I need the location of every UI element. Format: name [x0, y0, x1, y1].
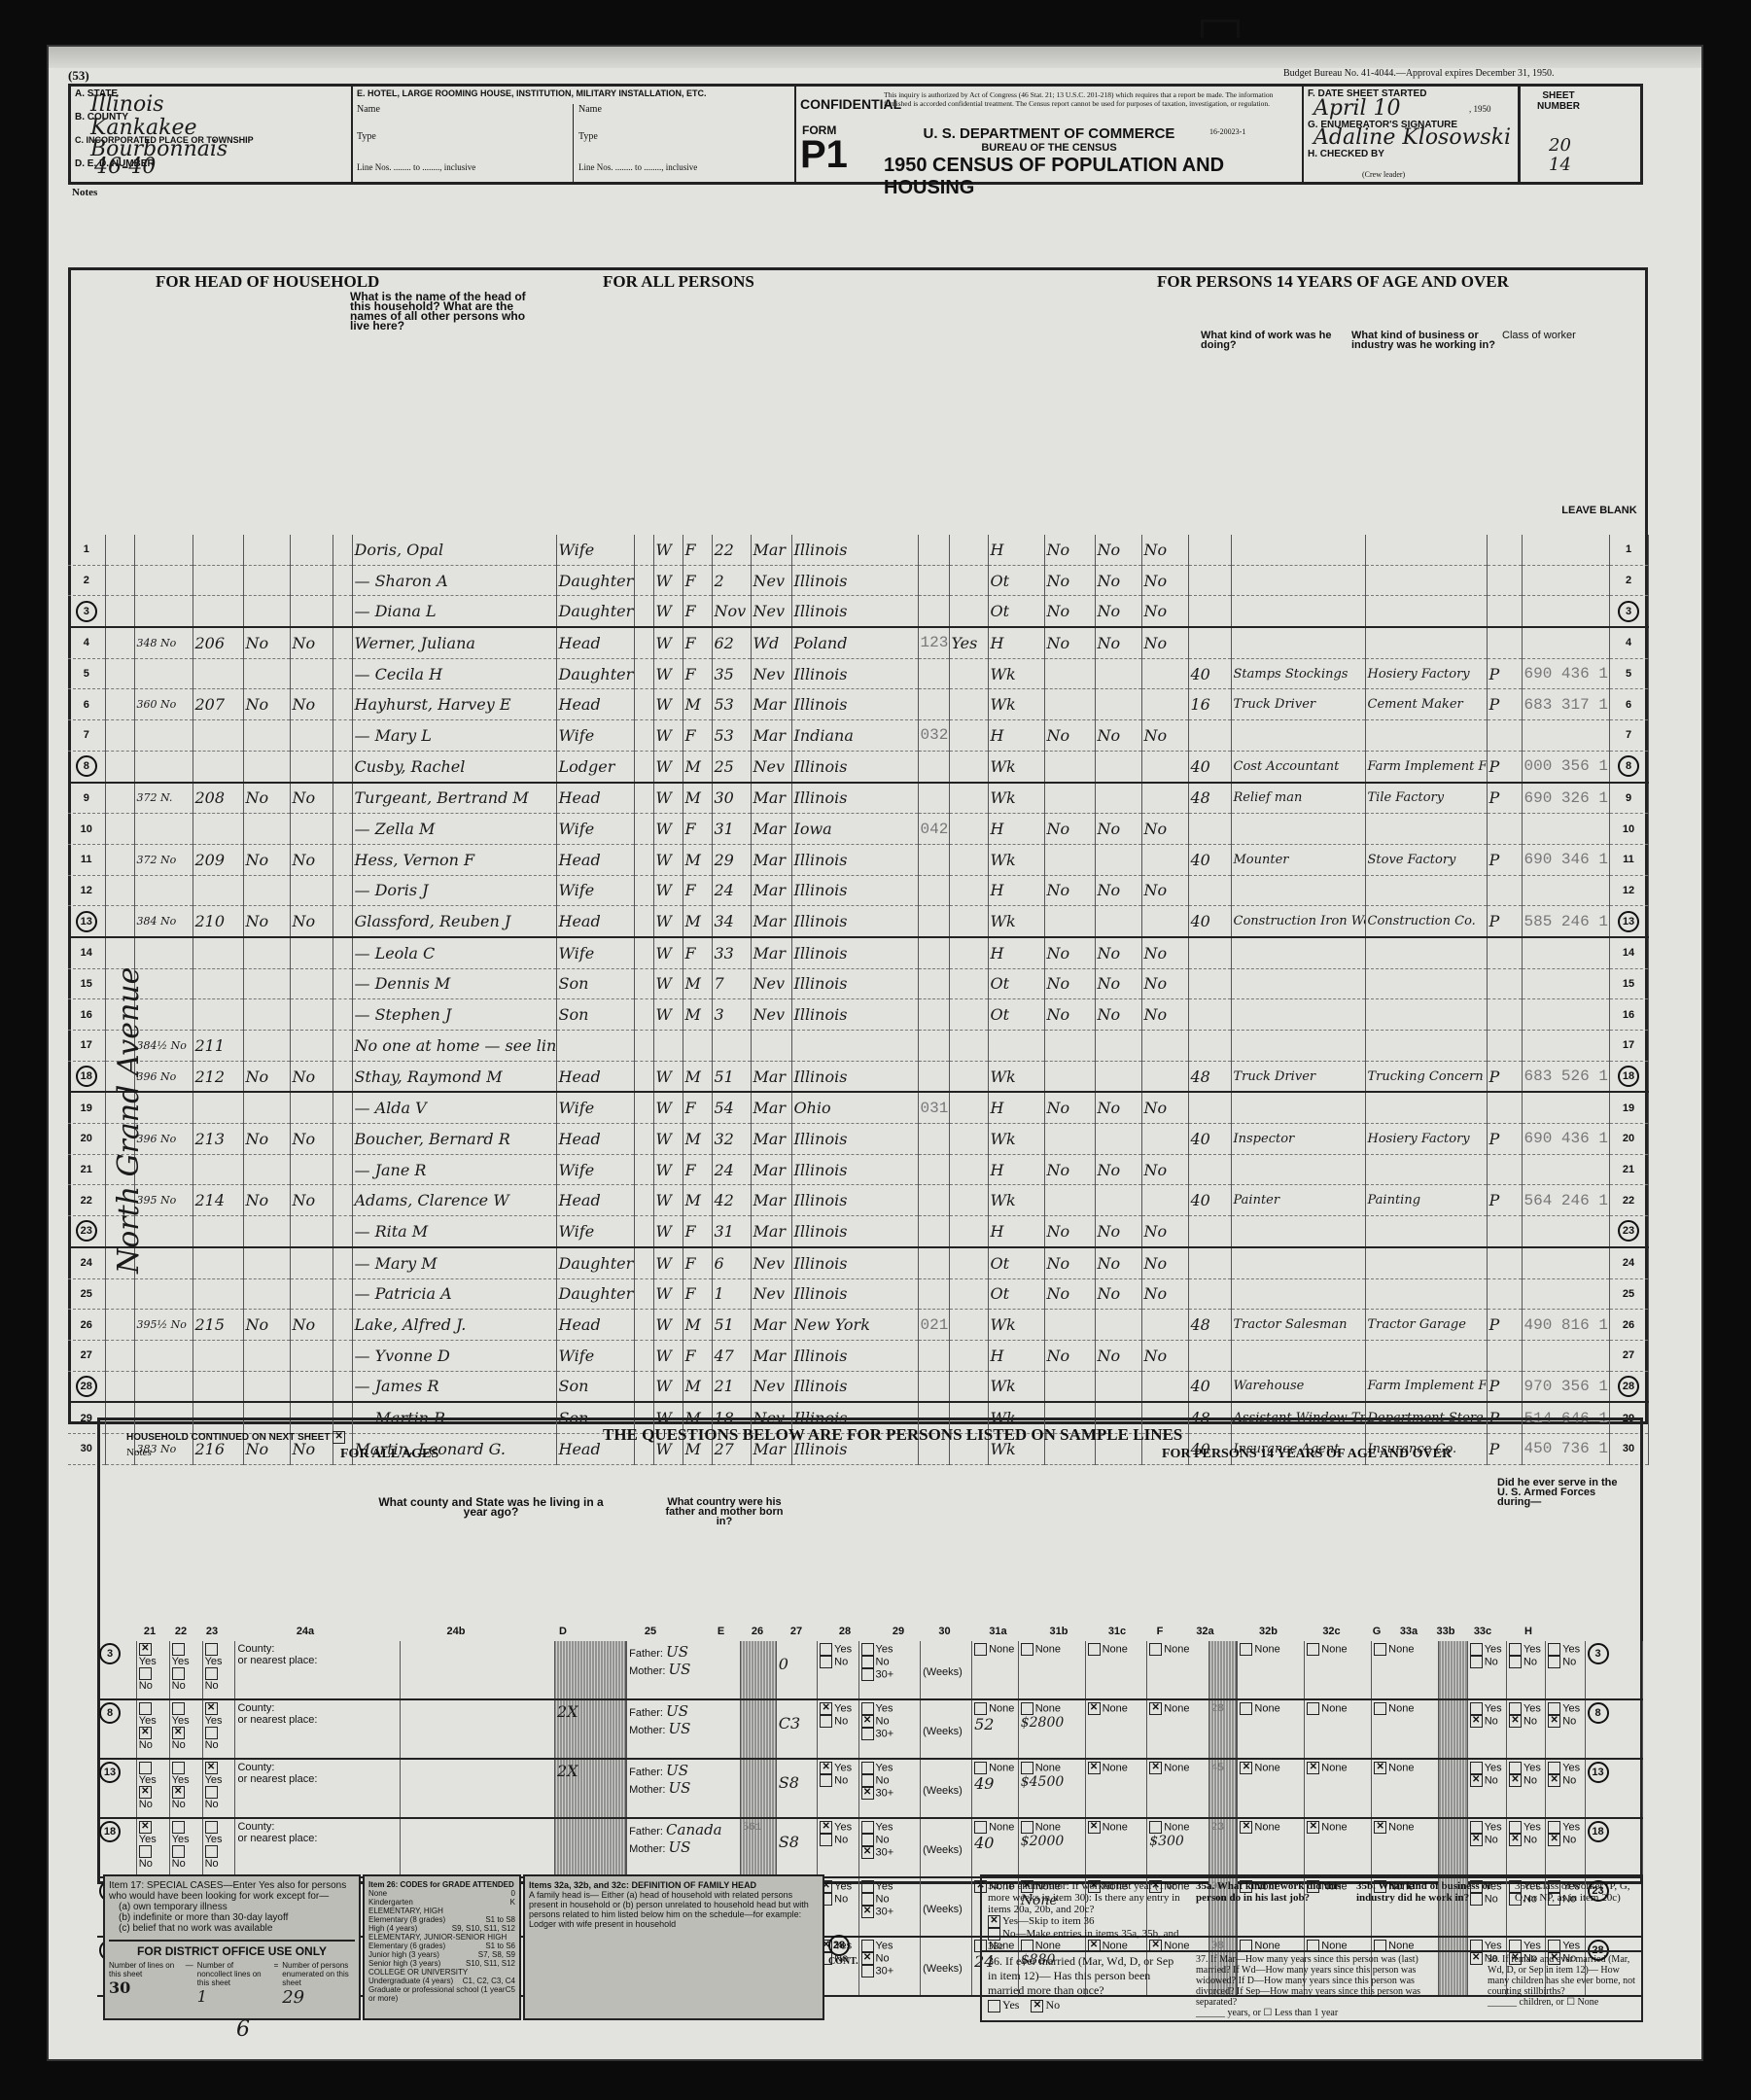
occupation-question: What kind of work was he doing? — [1201, 331, 1347, 350]
cell-c17: No — [1095, 1278, 1141, 1310]
q30-none[interactable] — [974, 1821, 987, 1834]
q34-no-checkbox[interactable] — [988, 1928, 1000, 1941]
q33b-yes[interactable] — [1509, 1643, 1522, 1656]
blank-cell — [634, 689, 653, 720]
q27-yes[interactable] — [820, 1643, 832, 1656]
mother-birthplace: US — [668, 1661, 690, 1678]
line-number-right: 25 — [1609, 1278, 1648, 1310]
cell-occ: Truck Driver — [1231, 1061, 1365, 1092]
q23-no[interactable] — [205, 1727, 218, 1739]
cell-c17 — [1095, 1061, 1141, 1092]
enumerated-value: 29 — [282, 1987, 355, 2008]
cell-c17 — [1095, 1124, 1141, 1155]
cell-sex: M — [683, 689, 712, 720]
q38: 38. If female and ever married (Mar, Wd,… — [1488, 1954, 1638, 2008]
blank-cell — [333, 596, 352, 627]
minus-sign: — — [186, 1961, 193, 2008]
sample-persons-14: FOR PERSONS 14 YEARS OF AGE AND OVER — [1162, 1447, 1452, 1462]
cell-nat — [949, 1031, 988, 1062]
cell-birth: Illinois — [791, 1247, 918, 1278]
sample-cell: ✕None — [1305, 1818, 1372, 1877]
q27-yes[interactable]: ✕ — [820, 1821, 832, 1834]
father-label: Father: — [629, 1648, 663, 1660]
cell-ind: Hosiery Factory — [1365, 1124, 1487, 1155]
q22-no[interactable]: ✕ — [172, 1786, 185, 1799]
q33c-no[interactable] — [1548, 1656, 1560, 1668]
cell-sex: F — [683, 535, 712, 565]
sample-col-number: 32b — [1237, 1626, 1300, 1637]
cell-name: Werner, Juliana — [352, 627, 556, 658]
q33a-yes[interactable] — [1470, 1643, 1483, 1656]
q34-no[interactable]: No—Make entries in items 35a, 35b, and 3… — [988, 1928, 1182, 1952]
q31a-none[interactable] — [1021, 1821, 1033, 1834]
cell-acres — [290, 968, 333, 999]
q32c-none[interactable] — [1374, 1702, 1386, 1715]
sample-cell — [401, 1641, 555, 1699]
cell-birth: Illinois — [791, 1061, 918, 1092]
cell-age: 42 — [712, 1185, 751, 1216]
cell-code — [1522, 1247, 1609, 1278]
q22-yes[interactable] — [172, 1821, 185, 1834]
q31b-none[interactable]: ✕ — [1088, 1702, 1101, 1715]
cell-c16: No — [1044, 565, 1095, 596]
table-row: 21— Jane RWifeWF24MarIllinoisHNoNoNo21 — [68, 1154, 1648, 1185]
q33c-yes[interactable] — [1548, 1821, 1560, 1834]
cell-race: W — [653, 720, 683, 752]
cell-rel: Head — [556, 844, 634, 875]
blank-cell — [634, 565, 653, 596]
cell-farm — [243, 751, 290, 782]
q33c-yes[interactable] — [1548, 1643, 1560, 1656]
cell-nat — [949, 751, 988, 782]
sample-cell: (Weeks) — [921, 1877, 972, 1937]
cell-mar: Mar — [751, 1185, 791, 1216]
cell-farm — [243, 565, 290, 596]
cell-farm: No — [243, 1185, 290, 1216]
q22-no[interactable] — [172, 1845, 185, 1858]
cell-race: W — [653, 1092, 683, 1123]
cell-birth: Illinois — [791, 999, 918, 1031]
q28-yes[interactable] — [861, 1643, 874, 1656]
q33b-no[interactable] — [1509, 1656, 1522, 1668]
q33a-yes[interactable] — [1470, 1702, 1483, 1715]
table-row: 1Doris, OpalWifeWF22MarIllinoisHNoNoNo1 — [68, 535, 1648, 565]
cell-hrs: 40 — [1188, 1185, 1231, 1216]
sample-cell — [554, 1818, 626, 1877]
cell-ind — [1365, 814, 1487, 845]
cell-nat — [949, 875, 988, 906]
cell-b — [918, 535, 949, 565]
q27-no[interactable] — [820, 1656, 832, 1668]
cell-act: Ot — [988, 565, 1044, 596]
q28-no[interactable]: ✕ — [861, 1952, 874, 1965]
q31c-none[interactable] — [1149, 1821, 1162, 1834]
cell-age: 2 — [712, 565, 751, 596]
q32a-none[interactable] — [1240, 1702, 1252, 1715]
q33b-no[interactable]: ✕ — [1509, 1715, 1522, 1728]
q21-no[interactable] — [139, 1667, 152, 1680]
q33c-yes[interactable] — [1548, 1762, 1560, 1774]
cell-c16: No — [1044, 1154, 1095, 1185]
q33c-no[interactable]: ✕ — [1548, 1715, 1560, 1728]
blank-cell — [105, 1278, 134, 1310]
cell-act: Wk — [988, 751, 1044, 782]
lines-on-sheet: Number of lines on this sheet30 — [109, 1961, 182, 2008]
q27-no[interactable] — [820, 1774, 832, 1787]
line-number-right: 15 — [1609, 968, 1648, 999]
cell-code — [1522, 565, 1609, 596]
cell-name: Sthay, Raymond M — [352, 1061, 556, 1092]
cell-act: Wk — [988, 1061, 1044, 1092]
cell-serial — [193, 1247, 243, 1278]
cell-code — [1522, 1031, 1609, 1062]
cell-cls — [1487, 720, 1522, 752]
q33a-no[interactable] — [1470, 1656, 1483, 1668]
q36-no-checkbox[interactable]: ✕ — [1031, 2000, 1043, 2012]
cell-code — [1522, 1340, 1609, 1371]
q28-yes[interactable] — [861, 1702, 874, 1715]
blank-cell — [333, 1278, 352, 1310]
sample-col-number: 26 — [738, 1626, 777, 1637]
q38-answer: ______ children, or ☐ None — [1488, 1997, 1638, 2008]
sample-cell — [1439, 1818, 1468, 1877]
cell-sex: F — [683, 1092, 712, 1123]
q36-yes-checkbox[interactable] — [988, 2000, 1000, 2012]
cell-act: Ot — [988, 968, 1044, 999]
cell-act: Wk — [988, 906, 1044, 937]
q23-yes[interactable]: ✕ — [205, 1702, 218, 1715]
cell-farm — [243, 999, 290, 1031]
q22-no[interactable]: ✕ — [172, 1727, 185, 1739]
blank-cell — [634, 783, 653, 814]
q28-yes[interactable] — [861, 1880, 874, 1893]
q30-none[interactable] — [974, 1643, 987, 1656]
line-number-right: 6 — [1609, 689, 1648, 720]
q22-yes[interactable] — [172, 1643, 185, 1656]
cell-code — [1522, 535, 1609, 565]
cell-mar: Mar — [751, 535, 791, 565]
q28-no[interactable]: ✕ — [861, 1715, 874, 1728]
cell-c16 — [1044, 658, 1095, 689]
q28-yes[interactable] — [861, 1940, 874, 1952]
q33a-yes[interactable] — [1470, 1821, 1483, 1834]
q37-text: 37. If Mar—How many years since this per… — [1196, 1954, 1439, 2008]
q33b-no[interactable]: ✕ — [1509, 1774, 1522, 1787]
cell-sex — [683, 1031, 712, 1062]
q21-yes[interactable] — [139, 1762, 152, 1774]
sample-col-number: 33b — [1427, 1626, 1464, 1637]
cell-birth: Illinois — [791, 906, 918, 937]
cell-rel: Head — [556, 1124, 634, 1155]
sample-col-number: G — [1363, 1626, 1390, 1637]
blank-cell — [634, 1092, 653, 1123]
q27-yes[interactable]: ✕ — [820, 1702, 832, 1715]
cell-b — [918, 1371, 949, 1402]
q27-no[interactable] — [820, 1834, 832, 1846]
sample-cell: ✕None — [1085, 1699, 1147, 1759]
q31a-none[interactable] — [1021, 1643, 1033, 1656]
q23-no[interactable] — [205, 1786, 218, 1799]
q23-yes[interactable] — [205, 1821, 218, 1834]
cell-age: 62 — [712, 627, 751, 658]
line-number: 1 — [68, 535, 105, 565]
q33a-no[interactable]: ✕ — [1470, 1774, 1483, 1787]
q22-yes[interactable] — [172, 1702, 185, 1715]
sample-cell: (Weeks) — [921, 1818, 972, 1877]
sample-line-marker: 18 — [1618, 1066, 1639, 1087]
mother-birthplace: US — [668, 1720, 690, 1737]
cell-c16 — [1044, 783, 1095, 814]
sample-cell: YesNo — [818, 1641, 858, 1699]
cell-farm — [243, 937, 290, 968]
q33c-no[interactable]: ✕ — [1548, 1834, 1560, 1846]
cell-house — [134, 937, 193, 968]
cell-act: Ot — [988, 596, 1044, 627]
cell-name: — Patricia A — [352, 1278, 556, 1310]
q31c-none[interactable]: ✕ — [1149, 1702, 1162, 1715]
q32b-none[interactable]: ✕ — [1307, 1821, 1319, 1834]
cell-age: 24 — [712, 875, 751, 906]
q32b-none[interactable] — [1307, 1643, 1319, 1656]
cell-birth: Illinois — [791, 844, 918, 875]
family-head-text: A family head is— Either (a) head of hou… — [529, 1890, 819, 1929]
cell-age: 33 — [712, 937, 751, 968]
q22-yes[interactable] — [172, 1762, 185, 1774]
q28-30-or-over[interactable] — [861, 1668, 874, 1681]
q32c-none[interactable]: ✕ — [1374, 1762, 1386, 1774]
q28-yes[interactable] — [861, 1762, 874, 1774]
cell-code: 585 246 1 — [1522, 906, 1609, 937]
q33b-yes[interactable] — [1509, 1762, 1522, 1774]
cell-sex: F — [683, 565, 712, 596]
cell-c16: No — [1044, 999, 1095, 1031]
q33a-no[interactable]: ✕ — [1470, 1715, 1483, 1728]
blank-cell — [634, 535, 653, 565]
cell-race: W — [653, 658, 683, 689]
q33b-no[interactable]: ✕ — [1509, 1834, 1522, 1846]
q28-30-or-over[interactable] — [861, 1965, 874, 1977]
cell-nat — [949, 720, 988, 752]
wages-income: $2000 — [1021, 1834, 1065, 1849]
table-row: 11372 No209NoNoHess, Vernon FHeadWM29Mar… — [68, 844, 1648, 875]
sheet-number-top: 20 — [1549, 135, 1571, 156]
cell-occ — [1231, 814, 1365, 845]
cell-c16: No — [1044, 1247, 1095, 1278]
q32c-none[interactable] — [1374, 1643, 1386, 1656]
line-number: 20 — [68, 1124, 105, 1155]
cell-sex: F — [683, 627, 712, 658]
q31a-none[interactable] — [1021, 1702, 1033, 1715]
cell-age: 51 — [712, 1061, 751, 1092]
cell-c16 — [1044, 844, 1095, 875]
sample-cell: None — [1372, 1641, 1439, 1699]
cell-sex: F — [683, 1340, 712, 1371]
cell-occ — [1231, 1216, 1365, 1247]
q21-yes[interactable] — [139, 1702, 152, 1715]
sample-cell: Yes✕No — [1506, 1759, 1545, 1818]
q30-none[interactable] — [974, 1762, 987, 1774]
q21-no[interactable] — [139, 1845, 152, 1858]
cell-sex: M — [683, 968, 712, 999]
q23-yes[interactable] — [205, 1643, 218, 1656]
cell-c18: No — [1141, 720, 1188, 752]
cell-nat — [949, 1278, 988, 1310]
q21-no[interactable]: ✕ — [139, 1786, 152, 1799]
q30-none[interactable] — [974, 1702, 987, 1715]
cell-farm: No — [243, 627, 290, 658]
table-row: 7— Mary LWifeWF53MarIndiana032HNoNoNo7 — [68, 720, 1648, 752]
q31b-none[interactable]: ✕ — [1088, 1762, 1101, 1774]
cell-code — [1522, 1154, 1609, 1185]
cell-serial — [193, 535, 243, 565]
q31a-none[interactable] — [1021, 1762, 1033, 1774]
cell-nat — [949, 1092, 988, 1123]
q28-30-or-over[interactable]: ✕ — [861, 1906, 874, 1918]
cell-name: — Alda V — [352, 1092, 556, 1123]
cell-farm: No — [243, 844, 290, 875]
q31b-none[interactable]: ✕ — [1088, 1821, 1101, 1834]
blank-cell — [634, 1185, 653, 1216]
cell-mar: Mar — [751, 1216, 791, 1247]
line-number: 7 — [68, 720, 105, 752]
date-year: , 1950 — [1469, 104, 1491, 114]
cell-c16 — [1044, 1124, 1095, 1155]
q32a-none[interactable] — [1240, 1643, 1252, 1656]
q32b-none[interactable] — [1307, 1702, 1319, 1715]
line-number-right: 4 — [1609, 627, 1648, 658]
county-label: County: — [237, 1762, 274, 1773]
cell-rel: Wife — [556, 875, 634, 906]
cell-name: Lake, Alfred J. — [352, 1310, 556, 1341]
cell-mar: Nev — [751, 565, 791, 596]
cell-c16: No — [1044, 1278, 1095, 1310]
cell-ind — [1365, 968, 1487, 999]
q33a-yes[interactable] — [1470, 1762, 1483, 1774]
cell-ind — [1365, 1247, 1487, 1278]
blank-cell — [105, 751, 134, 782]
cell-code: 690 346 1 — [1522, 844, 1609, 875]
mother-birthplace: US — [668, 1779, 690, 1797]
q27-no[interactable] — [820, 1715, 832, 1728]
cell-hrs — [1188, 535, 1231, 565]
blank-cell — [333, 1371, 352, 1402]
q21-yes[interactable]: ✕ — [139, 1821, 152, 1834]
blank-cell — [333, 999, 352, 1031]
cell-name: — Diana L — [352, 596, 556, 627]
sheet-number-block: SHEET NUMBER 20 14 — [1520, 87, 1641, 182]
blank-cell — [634, 814, 653, 845]
q23-yes[interactable]: ✕ — [205, 1762, 218, 1774]
q28-no[interactable] — [861, 1656, 874, 1668]
cell-act: H — [988, 875, 1044, 906]
cell-ind — [1365, 565, 1487, 596]
sample-cell: YesNo — [1467, 1641, 1506, 1699]
blank-cell — [105, 535, 134, 565]
q32b-none[interactable]: ✕ — [1307, 1762, 1319, 1774]
table-row: 19— Alda VWifeWF54MarOhio031HNoNoNo19 — [68, 1092, 1648, 1123]
blank-cell — [105, 906, 134, 937]
q32a-none[interactable]: ✕ — [1240, 1762, 1252, 1774]
cell-act: Ot — [988, 1247, 1044, 1278]
sample-cell: YesNo — [169, 1818, 202, 1877]
cell-serial: 207 — [193, 689, 243, 720]
q31c-none[interactable] — [1149, 1643, 1162, 1656]
cell-c17 — [1095, 1310, 1141, 1341]
q28-no[interactable] — [861, 1893, 874, 1906]
cell-birth: Illinois — [791, 535, 918, 565]
cell-acres: No — [290, 783, 333, 814]
q21-yes[interactable]: ✕ — [139, 1643, 152, 1656]
blank-cell — [634, 1124, 653, 1155]
q28-no[interactable] — [861, 1774, 874, 1787]
cell-c16: No — [1044, 937, 1095, 968]
sample-cell: 8 — [97, 1699, 136, 1759]
q33b-yes[interactable] — [1509, 1821, 1522, 1834]
cell-act: Wk — [988, 844, 1044, 875]
blank-cell — [634, 875, 653, 906]
q23-no[interactable] — [205, 1667, 218, 1680]
cell-mar: Mar — [751, 844, 791, 875]
cell-mar: Mar — [751, 1124, 791, 1155]
sample-line-marker-right: 18 — [1588, 1821, 1609, 1842]
sample-cell: ✕YesNo — [202, 1699, 235, 1759]
cell-c17: No — [1095, 720, 1141, 752]
q33c-no[interactable]: ✕ — [1548, 1774, 1560, 1787]
q27-yes[interactable]: ✕ — [820, 1762, 832, 1774]
q33c-yes[interactable] — [1548, 1702, 1560, 1715]
cell-c16: No — [1044, 596, 1095, 627]
cell-mar: Nev — [751, 1278, 791, 1310]
sample-col-number: F — [1146, 1626, 1173, 1637]
line-number-right: 13 — [1609, 906, 1648, 937]
q33b-yes[interactable] — [1509, 1702, 1522, 1715]
cell-code: 690 326 1 — [1522, 783, 1609, 814]
mother-label: Mother: — [629, 1665, 665, 1677]
q28-no[interactable] — [861, 1834, 874, 1846]
q28-30-or-over[interactable] — [861, 1728, 874, 1740]
cell-nat — [949, 999, 988, 1031]
q28-30-or-over[interactable]: ✕ — [861, 1846, 874, 1859]
q31c-none[interactable]: ✕ — [1149, 1762, 1162, 1774]
weeks-label: (Weeks) — [923, 1844, 963, 1856]
q23-no[interactable] — [205, 1845, 218, 1858]
cell-c18: No — [1141, 968, 1188, 999]
q31b-none[interactable] — [1088, 1643, 1101, 1656]
blank-cell — [333, 1185, 352, 1216]
cell-c18: No — [1141, 937, 1188, 968]
q22-no[interactable] — [172, 1667, 185, 1680]
cell-code — [1522, 1278, 1609, 1310]
q33a-no[interactable]: ✕ — [1470, 1834, 1483, 1846]
cell-name: — Jane R — [352, 1154, 556, 1185]
grade-code-row: ELEMENTARY, HIGH — [368, 1907, 515, 1915]
q32c-none[interactable]: ✕ — [1374, 1821, 1386, 1834]
noncollect: Number of noncollect lines on this sheet… — [197, 1961, 270, 2008]
q28-yes[interactable] — [861, 1821, 874, 1834]
cell-ind: Cement Maker — [1365, 689, 1487, 720]
line-number-right: 1 — [1609, 535, 1648, 565]
cell-nat — [949, 1310, 988, 1341]
q28-30-or-over[interactable]: ✕ — [861, 1787, 874, 1800]
q21-no[interactable]: ✕ — [139, 1727, 152, 1739]
weeks-worked: 52 — [974, 1715, 994, 1733]
q32a-none[interactable]: ✕ — [1240, 1821, 1252, 1834]
q34-yes-checkbox[interactable]: ✕ — [988, 1915, 1000, 1928]
cell-acres — [290, 596, 333, 627]
line-number-right: 23 — [1609, 1216, 1648, 1247]
q34-yes[interactable]: ✕Yes—Skip to item 36 — [988, 1915, 1182, 1928]
sample-cell — [740, 1641, 776, 1699]
